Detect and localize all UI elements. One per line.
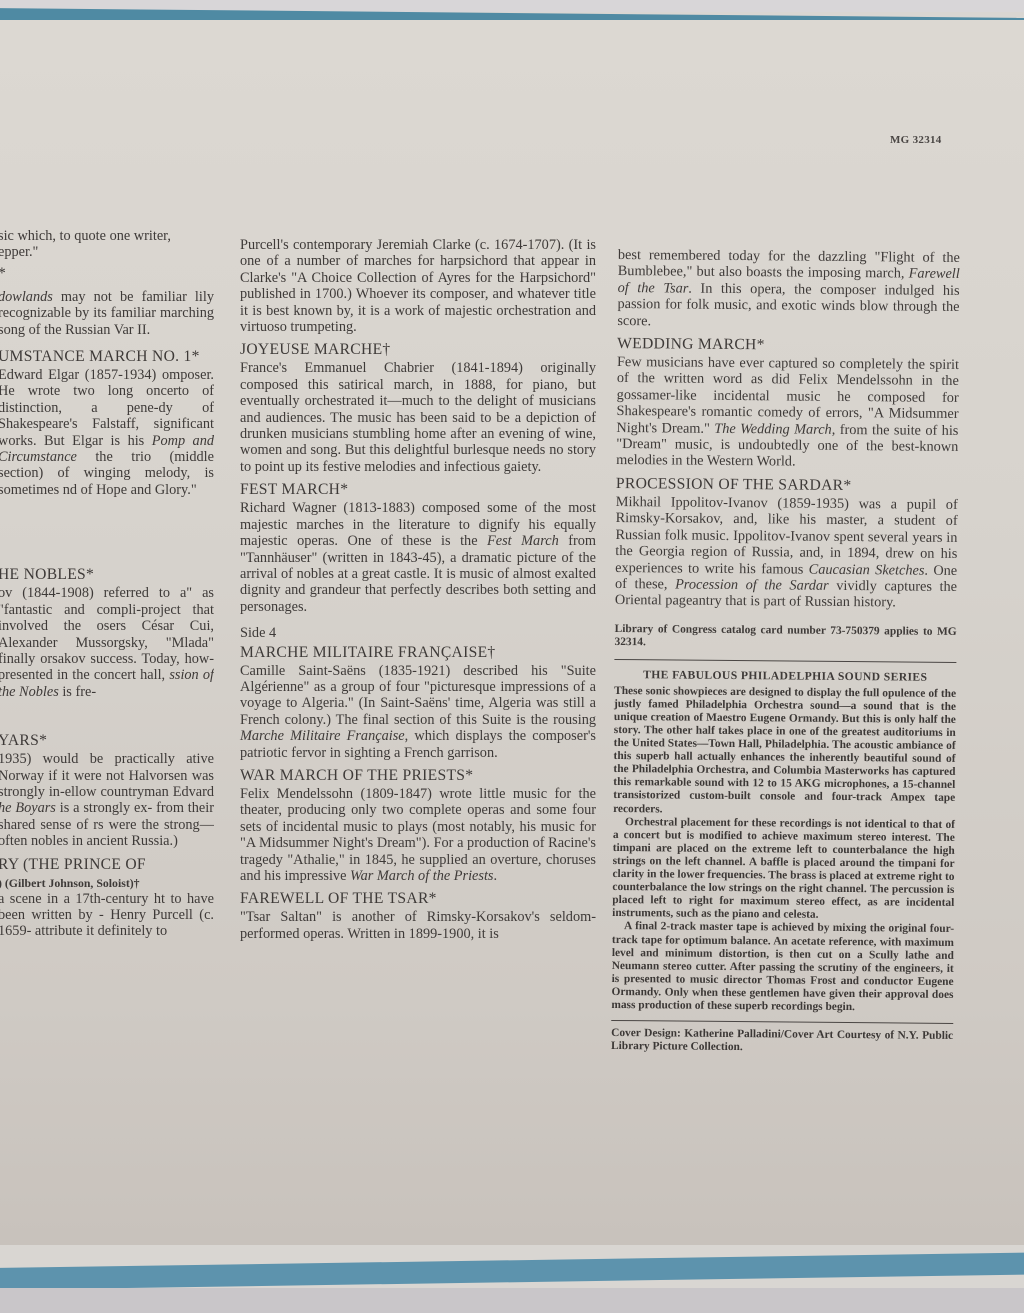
liner-notes-column-2: Purcell's contemporary Jeremiah Clarke (… [240,237,596,942]
section-text-farewell-tsar-cont: best remembered today for the dazzling "… [617,247,960,332]
section-text-joyeuse-marche: France's Emmanuel Chabrier (1841-1894) o… [240,360,596,475]
section-text-prince-denmark: a scene in a 17th-century ht to have bee… [0,891,214,940]
section-heading-pomp-circumstance: UMSTANCE MARCH NO. 1* [0,348,214,366]
soloist-credit: ) (Gilbert Johnson, Soloist)† [0,875,214,891]
catalog-number: MG 32314 [890,134,942,146]
section-heading-war-march-priests: WAR MARCH OF THE PRIESTS* [240,767,596,785]
cover-credits: Cover Design: Katherine Palladini/Cover … [611,1027,953,1056]
section-heading-marche-militaire: MARCHE MILITAIRE FRANÇAISE† [240,644,596,662]
section-text-fest-march: Richard Wagner (1813-1883) composed some… [240,500,596,615]
liner-notes-column-3: best remembered today for the dazzling "… [611,247,960,1056]
section-text-pomp-circumstance: Edward Elgar (1857-1934) omposer. He wro… [0,367,214,498]
section-heading-farewell-tsar: FAREWELL OF THE TSAR* [240,890,596,908]
section-text-war-march-priests: Felix Mendelssohn (1809-1847) wrote litt… [240,786,596,884]
background-surface-bottom [0,1288,1024,1313]
section-text-farewell-tsar: "Tsar Saltan" is another of Rimsky-Korsa… [240,909,596,942]
series-paragraph-1: These sonic showpieces are designed to d… [613,685,956,819]
intro-tail: sic which, to quote one writer, epper." [0,228,214,261]
section-text-procession-nobles: ov (1844-1908) referred to a" as "fantas… [0,585,214,700]
library-of-congress-note: Library of Congress catalog card number … [614,623,956,652]
section-heading-wedding-march: WEDDING MARCH* [617,335,959,356]
section-heading-fest-march: FEST MARCH* [240,481,596,499]
section-text-trumpet-voluntary-cont: Purcell's contemporary Jeremiah Clarke (… [240,237,596,335]
divider [614,659,956,663]
divider [611,1020,953,1024]
series-paragraph-2: Orchestral placement for these recording… [612,816,955,924]
section-heading-procession-nobles: HE NOBLES* [0,566,214,584]
series-title: THE FABULOUS PHILADELPHIA SOUND SERIES [614,668,956,684]
section-heading-procession-sardar: PROCESSION OF THE SARDAR* [616,475,958,496]
section-text-wedding-march: Few musicians have ever captured so comp… [616,354,959,472]
series-paragraph-3: A final 2-track master tape is achieved … [611,920,954,1015]
liner-notes-column-1: sic which, to quote one writer, epper." … [0,228,214,940]
section-text-marche-militaire: Camille Saint-Saëns (1835-1921) describe… [240,663,596,761]
section-heading-meadowlands: * [0,265,214,283]
section-text-procession-sardar: Mikhail Ippolitov-Ivanov (1859-1935) was… [615,494,958,612]
section-text-boyars: 1935) would be practically ative Norway … [0,751,214,849]
section-heading-prince-denmark: RY (THE PRINCE OF [0,856,214,874]
section-heading-boyars: YARS* [0,732,214,750]
side-label: Side 4 [240,625,596,641]
sleeve-bottom-edge [0,1252,1024,1290]
section-heading-joyeuse-marche: JOYEUSE MARCHE† [240,341,596,359]
section-text-meadowlands: dowlands may not be familiar lily recogn… [0,289,214,338]
